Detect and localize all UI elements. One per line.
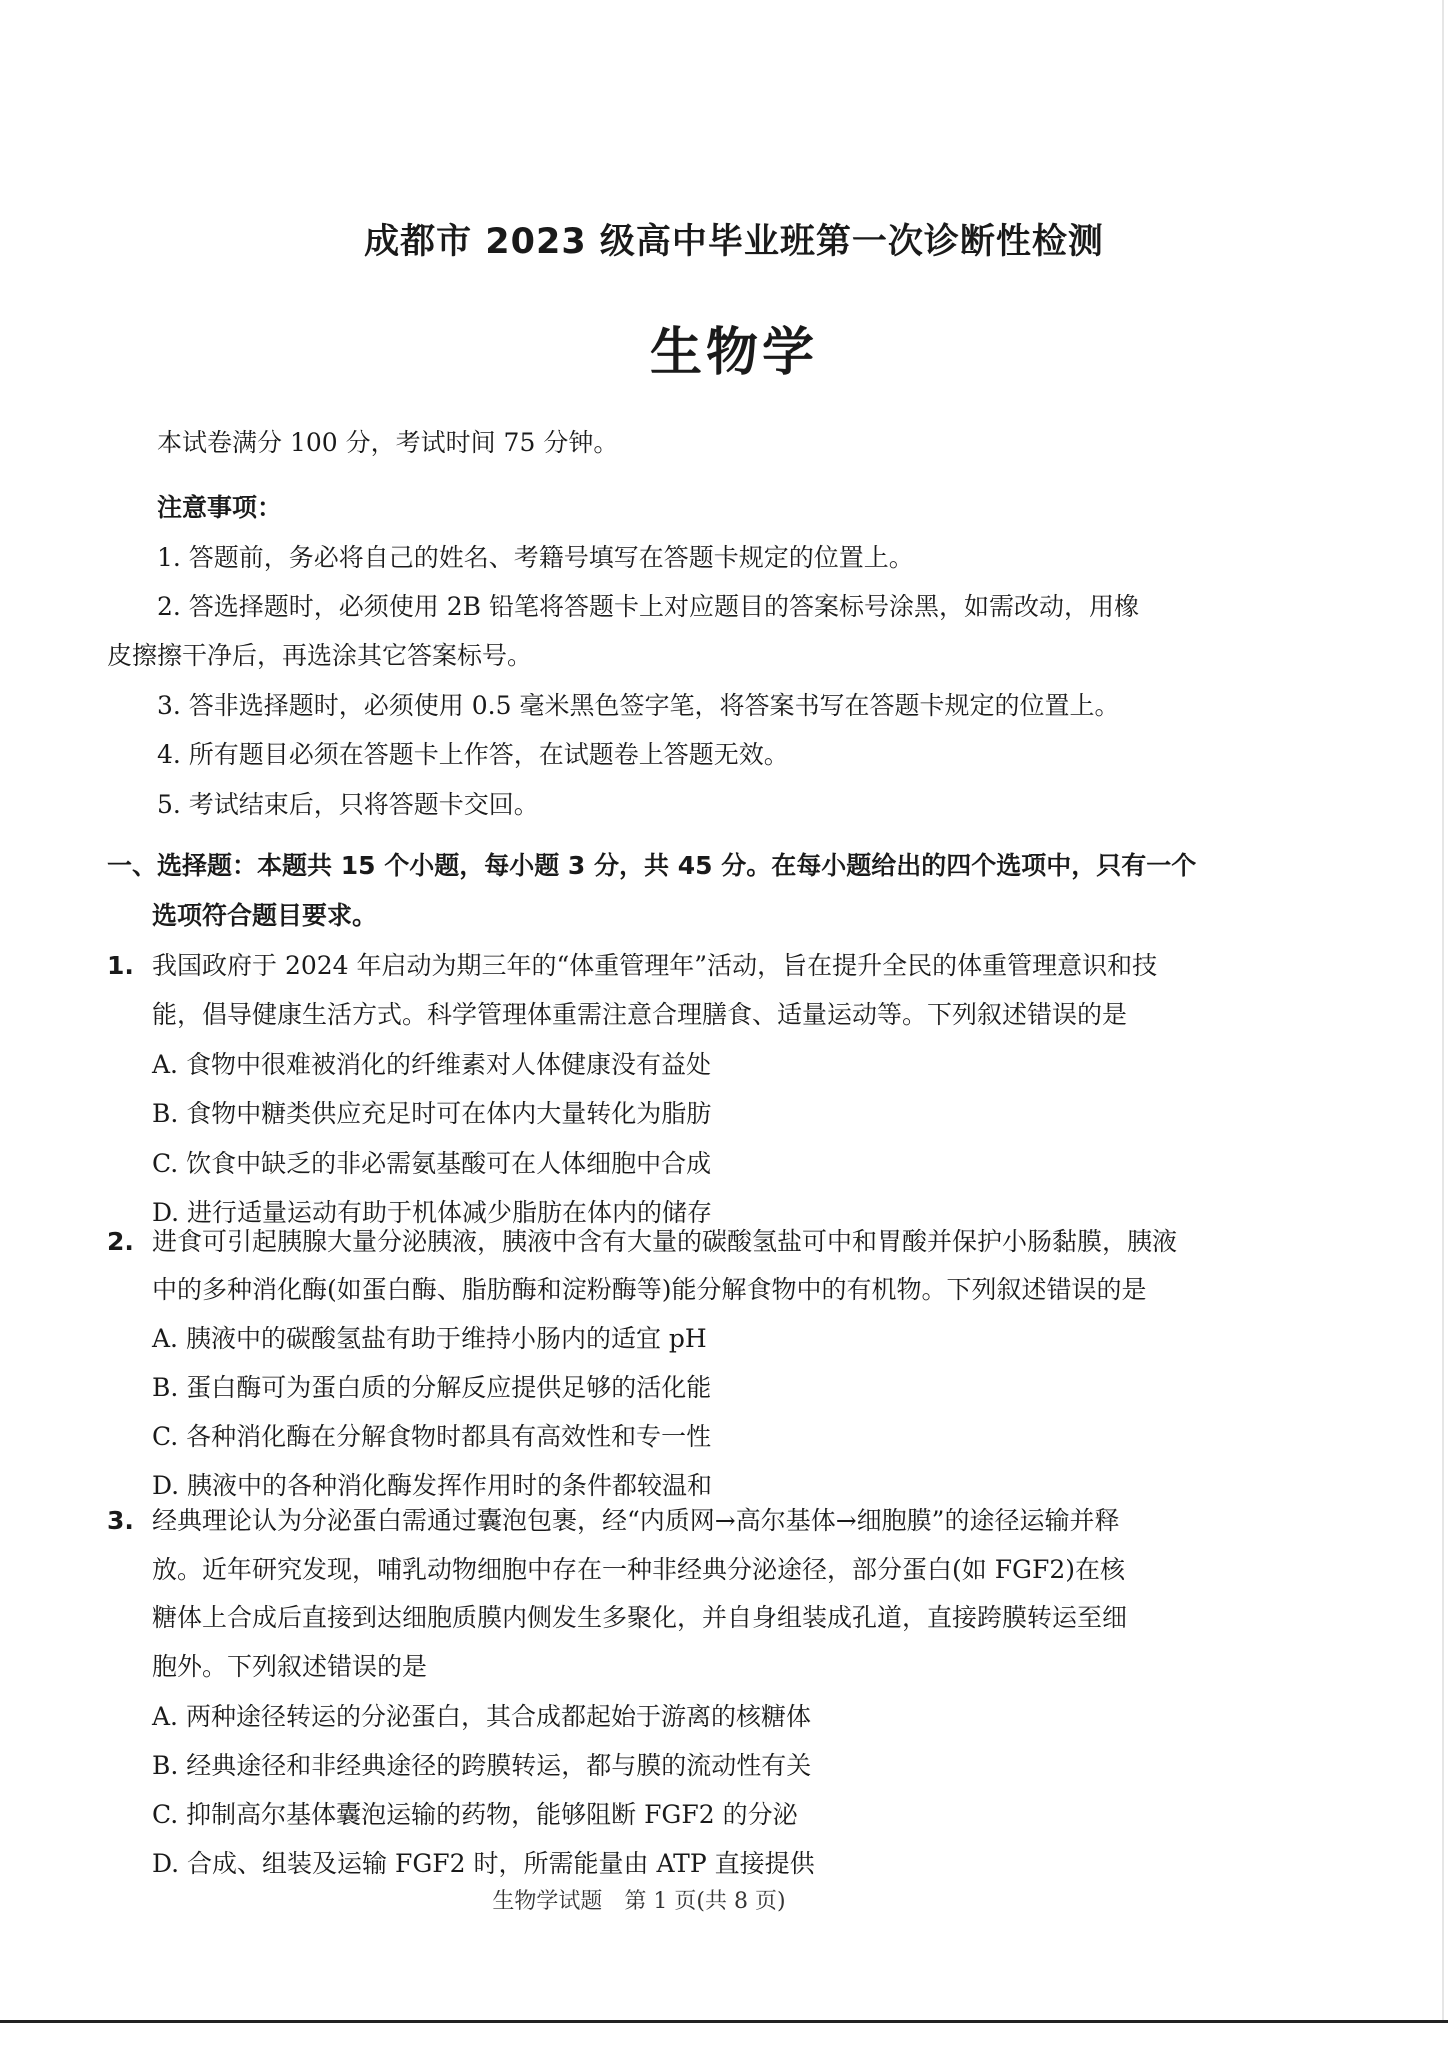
question-stem: 中的多种消化酶(如蛋白酶、脂肪酶和淀粉酶等)能分解食物中的有机物。下列叙述错误的… xyxy=(152,1275,1147,1305)
question-stem: 经典理论认为分泌蛋白需通过囊泡包裹，经“内质网→高尔基体→细胞膜”的途径运输并释 xyxy=(152,1506,1119,1536)
note-item: 2. 答选择题时，必须使用 2B 铅笔将答题卡上对应题目的答案标号涂黑，如需改动… xyxy=(157,592,1139,622)
option-c: C. 抑制高尔基体囊泡运输的药物，能够阻断 FGF2 的分泌 xyxy=(152,1800,798,1830)
option-a: A. 两种途径转运的分泌蛋白，其合成都起始于游离的核糖体 xyxy=(152,1702,811,1732)
option-a: A. 食物中很难被消化的纤维素对人体健康没有益处 xyxy=(152,1050,711,1080)
page-bottom-border xyxy=(0,2020,1448,2023)
question-stem: 胞外。下列叙述错误的是 xyxy=(152,1652,427,1682)
option-c: C. 饮食中缺乏的非必需氨基酸可在人体细胞中合成 xyxy=(152,1149,711,1179)
page-footer: 生物学试题 第 1 页(共 8 页) xyxy=(0,1884,1448,1915)
option-d: D. 进行适量运动有助于机体减少脂肪在体内的储存 xyxy=(152,1198,712,1228)
section-heading-continued: 选项符合题目要求。 xyxy=(152,901,377,931)
note-item: 4. 所有题目必须在答题卡上作答，在试题卷上答题无效。 xyxy=(157,740,789,770)
exam-info: 本试卷满分 100 分，考试时间 75 分钟。 xyxy=(157,428,618,458)
option-d: D. 合成、组装及运输 FGF2 时，所需能量由 ATP 直接提供 xyxy=(152,1849,815,1879)
section-heading: 一、选择题：本题共 15 个小题，每小题 3 分，共 45 分。在每小题给出的四… xyxy=(107,851,1196,881)
notes-heading: 注意事项： xyxy=(157,493,282,523)
question-number: 2. xyxy=(107,1227,134,1257)
question-stem: 糖体上合成后直接到达细胞质膜内侧发生多聚化，并自身组装成孔道，直接跨膜转运至细 xyxy=(152,1603,1127,1633)
option-c: C. 各种消化酶在分解食物时都具有高效性和专一性 xyxy=(152,1422,711,1452)
page-edge xyxy=(1442,0,1444,2022)
option-b: B. 经典途径和非经典途径的跨膜转运，都与膜的流动性有关 xyxy=(152,1751,811,1781)
question-stem: 放。近年研究发现，哺乳动物细胞中存在一种非经典分泌途径，部分蛋白(如 FGF2)… xyxy=(152,1555,1125,1585)
option-d: D. 胰液中的各种消化酶发挥作用时的条件都较温和 xyxy=(152,1471,712,1501)
option-a: A. 胰液中的碳酸氢盐有助于维持小肠内的适宜 pH xyxy=(152,1324,707,1354)
subject-title: 生物学 xyxy=(0,310,1448,385)
question-number: 3. xyxy=(107,1506,134,1536)
option-b: B. 蛋白酶可为蛋白质的分解反应提供足够的活化能 xyxy=(152,1373,711,1403)
option-b: B. 食物中糖类供应充足时可在体内大量转化为脂肪 xyxy=(152,1099,711,1129)
note-item: 3. 答非选择题时，必须使用 0.5 毫米黑色签字笔，将答案书写在答题卡规定的位… xyxy=(157,691,1119,721)
question-stem: 能，倡导健康生活方式。科学管理体重需注意合理膳食、适量运动等。下列叙述错误的是 xyxy=(152,1000,1127,1030)
question-stem: 我国政府于 2024 年启动为期三年的“体重管理年”活动，旨在提升全民的体重管理… xyxy=(152,951,1157,981)
note-item-continued: 皮擦擦干净后，再选涂其它答案标号。 xyxy=(107,641,532,671)
exam-title: 成都市 2023 级高中毕业班第一次诊断性检测 xyxy=(0,214,1448,264)
note-item: 1. 答题前，务必将自己的姓名、考籍号填写在答题卡规定的位置上。 xyxy=(157,543,914,573)
question-stem: 进食可引起胰腺大量分泌胰液，胰液中含有大量的碳酸氢盐可中和胃酸并保护小肠黏膜，胰… xyxy=(152,1227,1177,1257)
question-number: 1. xyxy=(107,951,134,981)
note-item: 5. 考试结束后，只将答题卡交回。 xyxy=(157,790,539,820)
